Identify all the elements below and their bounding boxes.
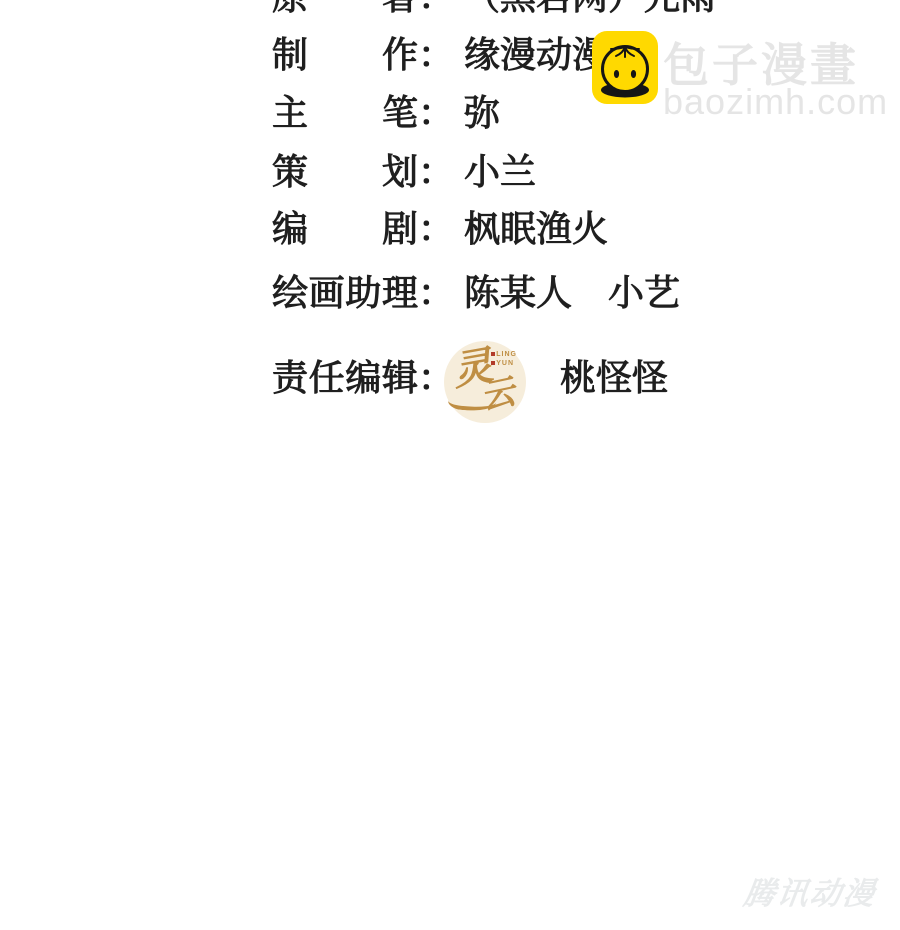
seal-en-text: LING YUN: [491, 351, 517, 369]
credit-value: 桃怪怪: [560, 360, 668, 396]
credit-value: 弥: [464, 95, 500, 131]
credit-row-planner: 策划：小兰: [272, 154, 536, 190]
credit-colon: ：: [418, 211, 450, 247]
credit-colon: ：: [418, 154, 450, 190]
credit-colon: ：: [418, 0, 450, 15]
credit-row-art-assistants: 绘画助理：陈某人 小艺: [272, 275, 680, 311]
credit-label: 原著: [272, 0, 418, 15]
comic-credits-page: 原著：（黑岩网）元雨 制作：缘漫动漫 主笔：弥 策划：小兰 编剧：枫眠渔火 绘画…: [0, 0, 900, 930]
lingyun-seal-logo: 灵 云 LING YUN: [444, 341, 526, 423]
seal-en-ling: LING: [491, 351, 517, 360]
tencent-comics-watermark: 腾讯动漫: [742, 878, 878, 909]
credit-label: 编剧: [272, 211, 418, 247]
credit-row-screenwriter: 编剧：枫眠渔火: [272, 211, 608, 247]
credit-label: 制作: [272, 37, 418, 73]
credit-label: 策划: [272, 154, 418, 190]
credit-label: 绘画助理: [272, 275, 418, 311]
credit-colon: ：: [418, 95, 450, 131]
credit-value: （黑岩网）元雨: [464, 0, 716, 15]
credit-colon: ：: [418, 37, 450, 73]
credit-label: 责任编辑: [272, 360, 418, 396]
baozi-bun-graphic: [592, 31, 658, 104]
credit-colon: ：: [418, 275, 450, 311]
baozi-bun-icon: [592, 31, 658, 104]
credit-row-production: 制作：缘漫动漫: [272, 37, 608, 73]
seal-char-yun: 云: [475, 364, 518, 419]
seal-en-yun: YUN: [491, 360, 517, 369]
baozimh-url-watermark: baozimh.com: [663, 84, 888, 120]
credit-value: 枫眠渔火: [464, 211, 608, 247]
credit-value: 陈某人 小艺: [464, 275, 680, 311]
credit-label: 主笔: [272, 95, 418, 131]
credit-row-lead-artist: 主笔：弥: [272, 95, 500, 131]
credit-value: 缘漫动漫: [464, 37, 608, 73]
credit-row-original-author: 原著：（黑岩网）元雨: [272, 0, 716, 15]
credit-value: 小兰: [464, 154, 536, 190]
